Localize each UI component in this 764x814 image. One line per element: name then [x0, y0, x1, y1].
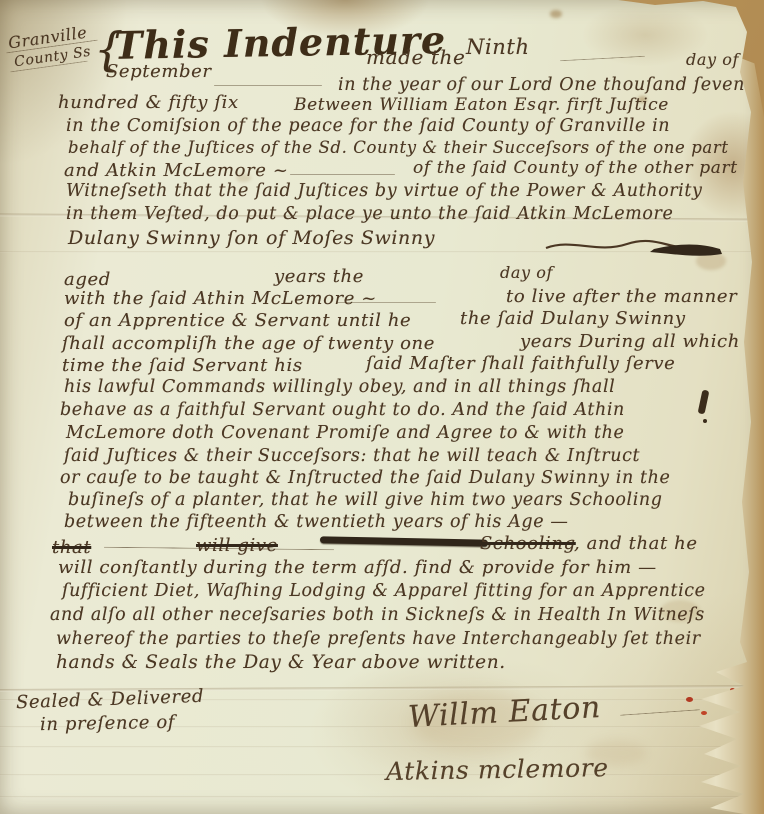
body-line: years the: [274, 268, 364, 286]
signature-flourish: [620, 709, 700, 716]
stain: [550, 10, 562, 18]
struck-word: will give: [196, 537, 278, 555]
body-line: and alſo all other neceſsaries both in S…: [50, 607, 705, 625]
struck-word: that: [52, 539, 91, 557]
sealed-delivered-line: Sealed & Delivered: [16, 688, 205, 713]
body-line: time the ſaid Servant his: [62, 357, 303, 375]
body-line: , and that he: [574, 535, 698, 553]
body-line: of an Apprentice & Servant until he: [64, 312, 411, 330]
body-line: day of: [500, 265, 553, 281]
body-line: aged: [64, 271, 111, 289]
fold-crease: [0, 746, 764, 748]
body-line: of the ſaid County of the other part: [413, 160, 738, 177]
manuscript-paper: Granville County Ss { This Indenture mad…: [0, 0, 764, 814]
signature-atkins-mclemore: Atkins mclemore: [386, 755, 609, 784]
day-name: Ninth: [466, 37, 530, 58]
body-line: whereof the parties to theſe preſents ha…: [56, 631, 701, 649]
body-line: and Atkin McLemore ~: [64, 162, 289, 180]
struck-word: Schooling: [480, 535, 576, 553]
body-line: day of: [686, 52, 739, 68]
photograph-of-indenture-document: Granville County Ss { This Indenture mad…: [0, 0, 764, 814]
pen-flourish: [542, 234, 727, 264]
ink-mark: [698, 390, 710, 415]
september-underline: [214, 85, 322, 86]
body-line: behalf of the Juſtices of the Sd. County…: [68, 140, 729, 157]
in-presence-of-line: in preſence of: [40, 714, 175, 734]
body-line: will conſtantly during the term afſd. fi…: [58, 559, 657, 577]
body-line: to live after the manner: [506, 288, 737, 306]
body-line: in them Veſted, do put & place ye unto t…: [66, 206, 673, 224]
fold-crease: [0, 796, 764, 798]
body-line: or cauſe to be taught & Inſtructed the ſ…: [60, 470, 670, 488]
body-line: Between William Eaton Esqr. firſt Juſtic…: [294, 97, 669, 114]
body-line: hundred & fifty ſix: [58, 94, 239, 112]
body-line: in the year of our Lord One thouſand ſev…: [338, 77, 745, 95]
body-line: Witneſseth that the ſaid Juſtices by vir…: [66, 183, 703, 201]
body-line: with the ſaid Athin McLemore ~: [64, 290, 377, 308]
body-line: ſaid Maſter ſhall faithfully ſerve: [366, 355, 675, 373]
red-wax-speck: [701, 711, 707, 715]
body-line: hands & Seals the Day & Year above writt…: [56, 654, 506, 673]
body-line: ſaid Juſtices & their Succeſsors: that h…: [64, 448, 640, 466]
body-line: the ſaid Dulany Swinny: [460, 310, 686, 328]
body-line: Dulany Swinny ſon of Moſes Swinny: [68, 229, 435, 248]
body-line: behave as a faithful Servant ought to do…: [60, 402, 625, 420]
body-line: buſineſs of a planter, that he will give…: [68, 492, 663, 510]
body-line: McLemore doth Covenant Promiſe and Agree…: [66, 425, 624, 443]
body-line: in the Comiſsion of the peace for the ſa…: [66, 118, 670, 136]
fold-crease: [0, 774, 764, 776]
body-line: between the fifteenth & twentieth years …: [64, 514, 568, 532]
body-line: years During all which: [520, 333, 740, 351]
body-line: his lawful Commands willingly obey, and …: [64, 379, 615, 397]
blank-line-dash: [336, 302, 436, 303]
heavy-strike-blot: [320, 536, 488, 547]
blank-line-dash: [290, 174, 395, 175]
body-line: made the: [366, 47, 465, 67]
body-line: ſhall accompliſh the age of twenty one: [62, 335, 435, 353]
blank-line-dash: [560, 56, 645, 61]
month-insertion: September: [106, 63, 212, 81]
body-line: ſufficient Diet, Waſhing Lodging & Appar…: [62, 583, 706, 601]
ink-mark: [703, 419, 707, 423]
red-wax-speck: [686, 697, 693, 702]
